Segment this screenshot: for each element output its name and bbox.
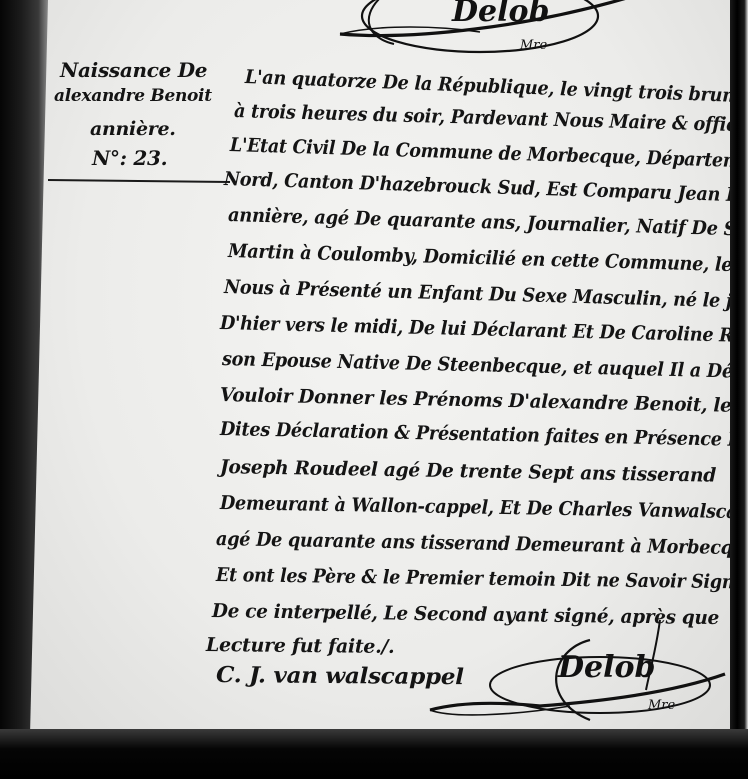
- body-line: Nous à Présenté un Enfant Du Sexe Mascul…: [224, 276, 748, 313]
- body-line: Demeurant à Wallon-cappel, Et De Charles…: [220, 492, 748, 524]
- body-line: Nord, Canton D'hazebrouck Sud, Est Compa…: [224, 168, 748, 208]
- mayor-signature-name: Delob: [558, 650, 656, 685]
- body-line: Joseph Roudeel agé De trente Sept ans ti…: [220, 456, 716, 487]
- header-signature-title: Mre: [520, 38, 547, 53]
- body-line: L'Etat Civil De la Commune de Morbecque,…: [230, 134, 748, 174]
- header-signature-name: Delob: [452, 0, 550, 29]
- document-page: Delob Mre Naissance De alexandre Benoit …: [30, 0, 730, 735]
- body-line: annière, agé De quarante ans, Journalier…: [228, 204, 748, 241]
- margin-divider-line: [48, 179, 230, 183]
- body-line: agé De quarante ans tisserand Demeurant …: [216, 528, 748, 559]
- header-signature: Delob Mre: [320, 0, 660, 68]
- body-line: Lecture fut faite./.: [206, 634, 395, 658]
- margin-note-line: alexandre Benoit: [54, 86, 212, 106]
- margin-note-line: Naissance De: [60, 58, 207, 82]
- body-line: son Epouse Native De Steenbecque, et auq…: [222, 348, 748, 384]
- page-bottom-edge: [0, 729, 748, 779]
- body-line: à trois heures du soir, Pardevant Nous M…: [234, 100, 748, 138]
- mayor-signature-title: Mre: [648, 698, 675, 713]
- body-line: Martin à Coulomby, Domicilié en cette Co…: [228, 240, 748, 277]
- body-line: D'hier vers le midi, De lui Déclarant Et…: [220, 312, 748, 347]
- body-line: Dites Déclaration & Présentation faites …: [220, 418, 748, 451]
- body-line: Vouloir Donner les Prénoms D'alexandre B…: [220, 384, 742, 417]
- page-right-edge: [730, 0, 748, 779]
- margin-note-line: annière.: [90, 118, 176, 140]
- body-line: Et ont les Père & le Premier temoin Dit …: [216, 564, 748, 594]
- record-number: N°: 23.: [92, 146, 167, 170]
- mayor-signature: Delob Mre: [420, 610, 730, 730]
